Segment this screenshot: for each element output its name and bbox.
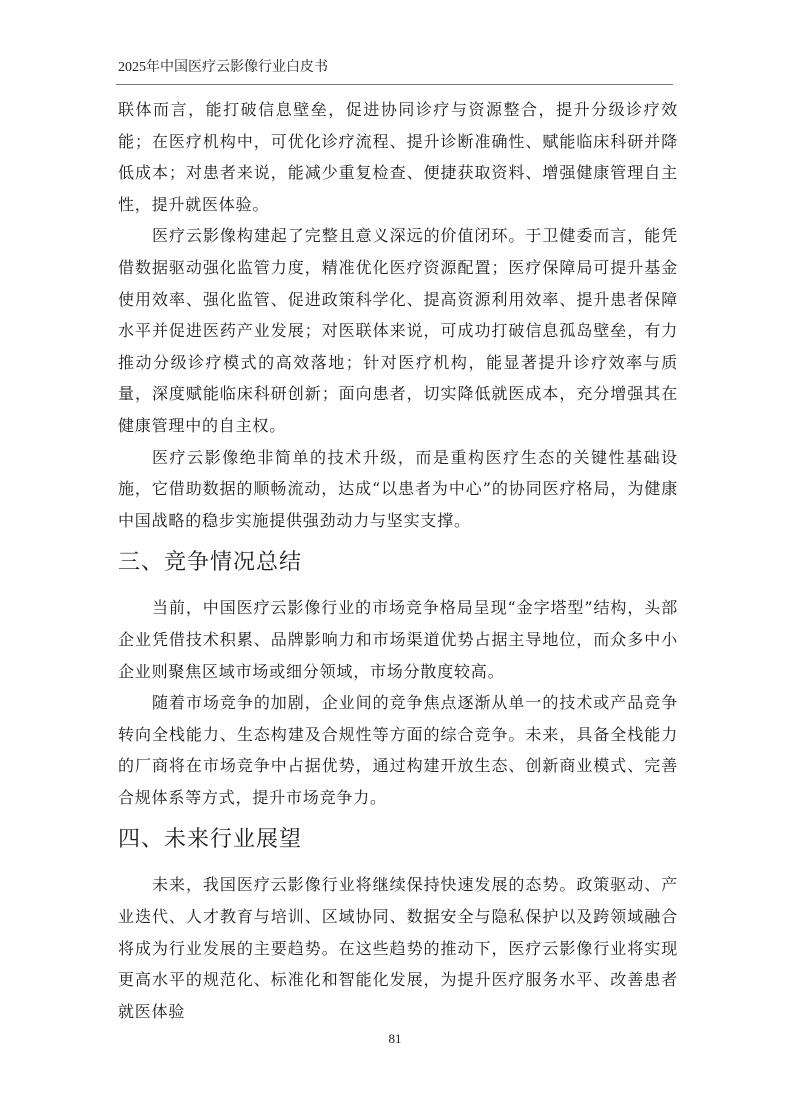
paragraph-continuation: 联体而言，能打破信息壁垒，促进协同诊疗与资源整合，提升分级诊疗效能；在医疗机构中… [118, 94, 678, 220]
document-page: 2025年中国医疗云影像行业白皮书 联体而言，能打破信息壁垒，促进协同诊疗与资源… [0, 0, 790, 1117]
section-heading-competition: 三、竞争情况总结 [118, 548, 678, 578]
section-heading-outlook: 四、未来行业展望 [118, 825, 678, 855]
page-content: 联体而言，能打破信息壁垒，促进协同诊疗与资源整合，提升分级诊疗效能；在医疗机构中… [118, 94, 678, 1027]
paragraph-competition-focus: 随着市场竞争的加剧，企业间的竞争焦点逐渐从单一的技术或产品竞争转向全栈能力、生态… [118, 687, 678, 813]
header-rule [116, 84, 673, 85]
paragraph-infrastructure: 医疗云影像绝非简单的技术升级，而是重构医疗生态的关键性基础设施，它借助数据的顺畅… [118, 442, 678, 537]
paragraph-market-structure: 当前，中国医疗云影像行业的市场竞争格局呈现“金字塔型”结构，头部企业凭借技术积累… [118, 592, 678, 687]
running-header: 2025年中国医疗云影像行业白皮书 [118, 56, 328, 76]
page-number: 81 [0, 1031, 790, 1047]
paragraph-future-trends: 未来，我国医疗云影像行业将继续保持快速发展的态势。政策驱动、产业迭代、人才教育与… [118, 869, 678, 1027]
paragraph-value-loop: 医疗云影像构建起了完整且意义深远的价值闭环。于卫健委而言，能凭借数据驱动强化监管… [118, 220, 678, 441]
